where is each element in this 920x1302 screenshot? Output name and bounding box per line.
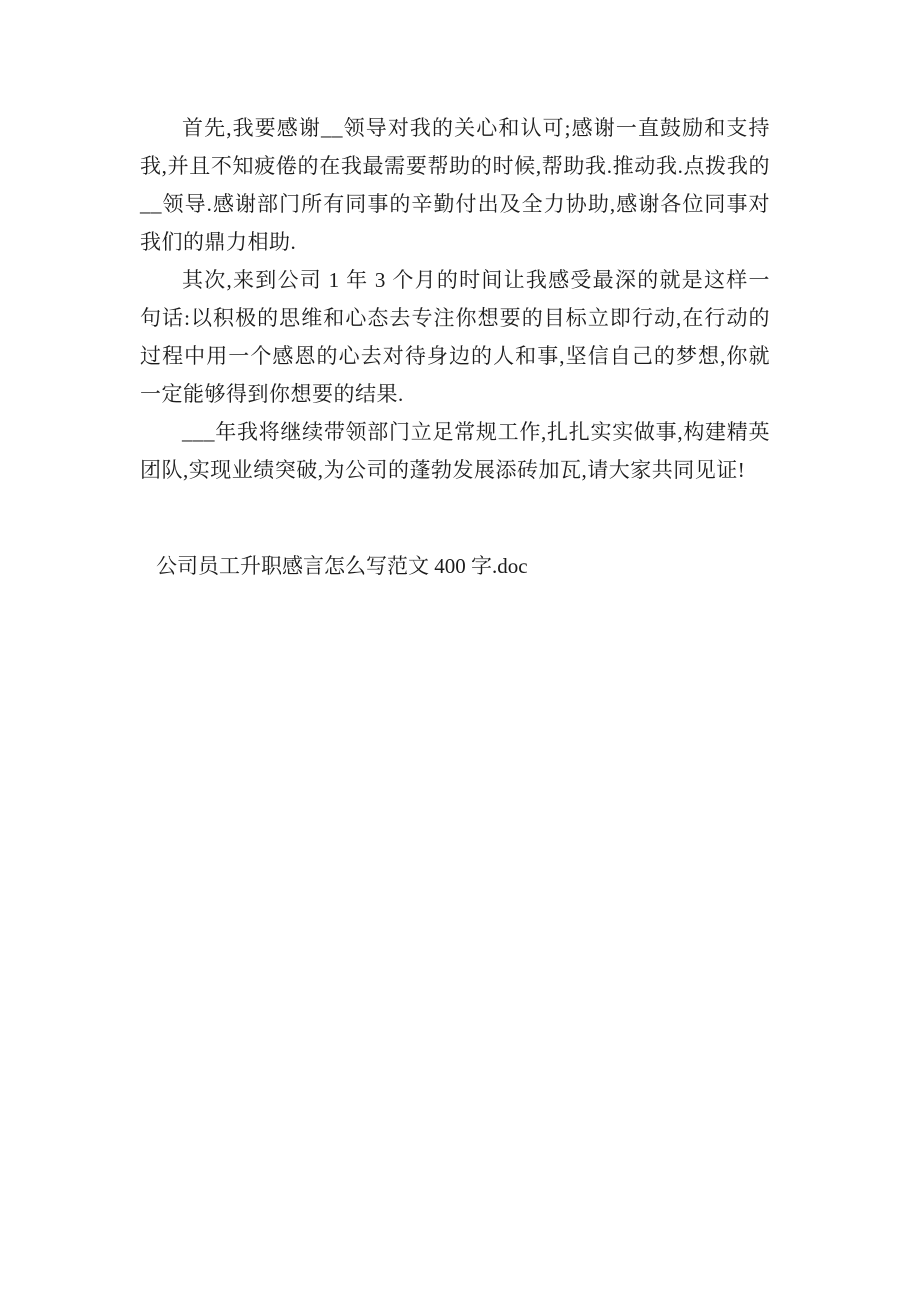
paragraph-thanks-leaders: 首先,我要感谢__领导对我的关心和认可;感谢一直鼓励和支持我,并且不知疲倦的在我… bbox=[140, 109, 770, 261]
attachment-filename: 公司员工升职感言怎么写范文 400 字.doc bbox=[156, 547, 770, 585]
paragraph-future-commitment: ___年我将继续带领部门立足常规工作,扎扎实实做事,构建精英团队,实现业绩突破,… bbox=[140, 413, 770, 489]
document-page: 首先,我要感谢__领导对我的关心和认可;感谢一直鼓励和支持我,并且不知疲倦的在我… bbox=[0, 0, 920, 1302]
document-body: 首先,我要感谢__领导对我的关心和认可;感谢一直鼓励和支持我,并且不知疲倦的在我… bbox=[140, 109, 770, 585]
paragraph-company-experience: 其次,来到公司 1 年 3 个月的时间让我感受最深的就是这样一句话:以积极的思维… bbox=[140, 261, 770, 413]
